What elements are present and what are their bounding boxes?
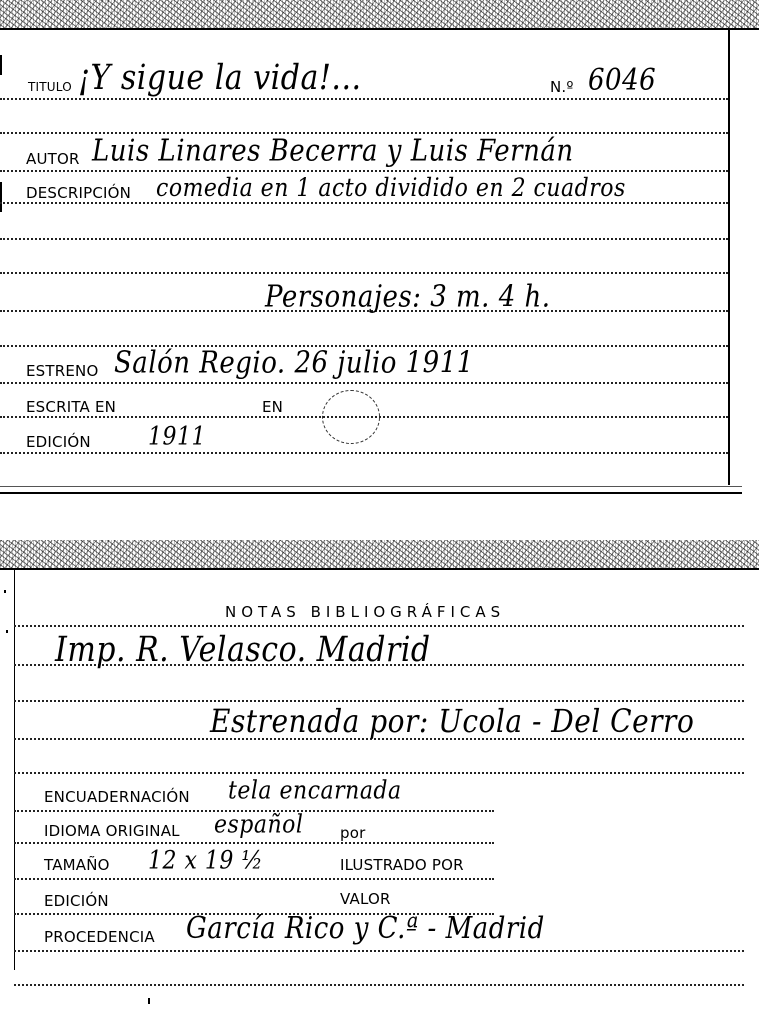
personajes-note: Personajes: 3 m. 4 h.: [265, 282, 551, 312]
autor-label: AUTOR: [26, 150, 80, 168]
scan-edge-noise: [0, 0, 759, 30]
edicion-value: 1911: [148, 425, 206, 450]
card-left-border-mark: [0, 182, 2, 212]
notas-heading: NOTAS BIBLIOGRÁFICAS: [225, 603, 505, 621]
catalog-card-top: TITULO ¡Y sigue la vida!... N.º 6046 AUT…: [0, 0, 759, 500]
card-bottom-border: [0, 492, 742, 494]
ruled-line: [14, 772, 744, 774]
procedencia-value: García Rico y C.ª - Madrid: [186, 914, 545, 944]
estreno-value: Salón Regio. 26 julio 1911: [114, 348, 474, 378]
faded-stamp: [322, 390, 380, 444]
ruled-line: [14, 950, 744, 952]
titulo-value: ¡Y sigue la vida!...: [78, 62, 362, 97]
descripcion-label: DESCRIPCIÓN: [26, 184, 131, 202]
valor-label: VALOR: [340, 890, 391, 908]
ruled-line: [0, 170, 728, 172]
ruled-line: [0, 452, 728, 454]
idioma-label: IDIOMA ORIGINAL: [44, 822, 180, 840]
ruled-line: [0, 238, 728, 240]
procedencia-label: PROCEDENCIA: [44, 928, 155, 946]
autor-value: Luis Linares Becerra y Luis Fernán: [92, 136, 574, 166]
note-line-2: Estrenada por: Ucola - Del Cerro: [210, 706, 694, 738]
ruled-line: [14, 878, 494, 880]
card-left-border-mark: [0, 55, 2, 75]
descripcion-value: comedia en 1 acto dividido en 2 cuadros: [156, 177, 626, 202]
number-label: N.º: [550, 78, 574, 96]
encuadernacion-value: tela encarnada: [228, 779, 402, 804]
titulo-label: TITULO: [28, 80, 72, 94]
card-bottom-rule: [0, 486, 742, 487]
ruled-line: [14, 984, 744, 986]
scan-edge-noise: [0, 540, 759, 570]
ruled-line: [14, 625, 744, 627]
tamano-value: 12 x 19 ½: [148, 849, 263, 874]
edicion-label-bottom: EDICIÓN: [44, 892, 109, 910]
edicion-label: EDICIÓN: [26, 433, 91, 451]
ruled-line: [0, 272, 728, 274]
catalog-card-bottom: NOTAS BIBLIOGRÁFICAS Imp. R. Velasco. Ma…: [0, 530, 759, 1028]
card-right-border: [728, 30, 730, 485]
note-line-1: Imp. R. Velasco. Madrid: [55, 634, 431, 669]
scan-speck: [148, 998, 150, 1004]
card-left-border: [14, 570, 15, 970]
number-value: 6046: [588, 66, 656, 96]
escrita-en-label: ESCRITA EN: [26, 398, 116, 416]
ruled-line: [14, 842, 494, 844]
en-label: EN: [262, 398, 283, 416]
por-label: por: [340, 824, 365, 842]
estreno-label: ESTRENO: [26, 362, 99, 380]
ruled-line: [0, 382, 728, 384]
ilustrado-label: ILUSTRADO POR: [340, 856, 464, 874]
tamano-label: TAMAÑO: [44, 856, 110, 874]
idioma-value: español: [214, 813, 303, 838]
encuadernacion-label: ENCUADERNACIÓN: [44, 788, 190, 806]
scan-speck: [6, 630, 8, 633]
scan-speck: [4, 590, 6, 593]
